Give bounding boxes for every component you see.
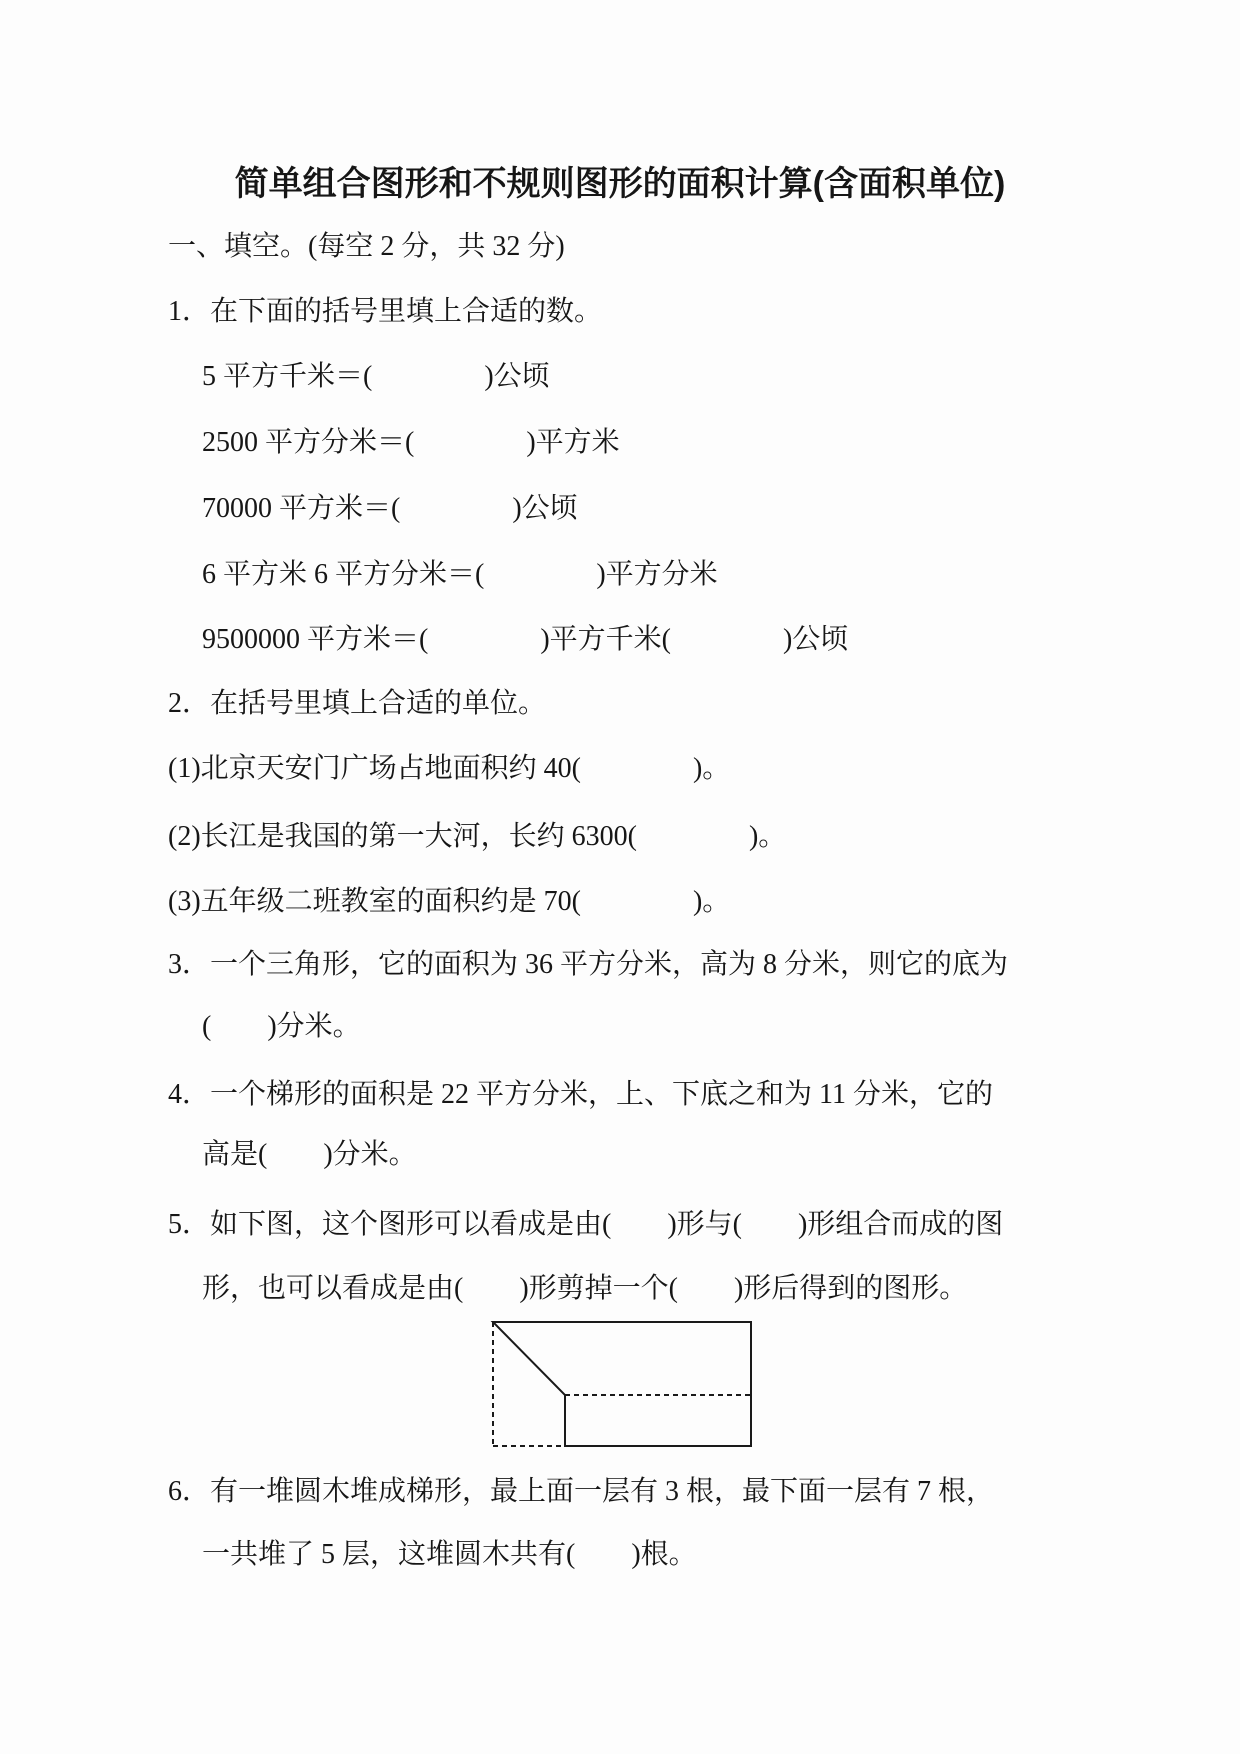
q1-conversion-line: 9500000 平方米＝( )平方千米( )公顷 [202,623,848,657]
q5-line1: 5．如下图，这个图形可以看成是由( )形与( )形组合而成的图 [168,1208,1003,1242]
q5-line2: 形，也可以看成是由( )形剪掉一个( )形后得到的图形。 [202,1272,967,1306]
q6-line1: 6．有一堆圆木堆成梯形，最上面一层有 3 根，最下面一层有 7 根， [168,1475,994,1509]
q2-item: (2)长江是我国的第一大河，长约 6300( )。 [168,820,786,854]
worksheet-page: 简单组合图形和不规则图形的面积计算(含面积单位) 一、填空。(每空 2 分，共 … [0,0,1240,1754]
q4-line1: 4．一个梯形的面积是 22 平方分米，上、下底之和为 11 分米，它的 [168,1078,993,1112]
q4-line2: 高是( )分米。 [202,1138,417,1172]
q1-stem: 1．在下面的括号里填上合适的数。 [168,295,602,329]
q2-item: (3)五年级二班教室的面积约是 70( )。 [168,885,730,919]
q3-line2: ( )分米。 [202,1010,361,1044]
q2-stem: 2．在括号里填上合适的单位。 [168,687,546,721]
q6-line2: 一共堆了 5 层，这堆圆木共有( )根。 [202,1538,697,1572]
q1-conversion-line: 2500 平方分米＝( )平方米 [202,426,620,460]
q2-item: (1)北京天安门广场占地面积约 40( )。 [168,752,730,786]
page-title: 简单组合图形和不规则图形的面积计算(含面积单位) [0,156,1240,205]
q1-conversion-line: 5 平方千米＝( )公顷 [202,360,550,394]
section-heading: 一、填空。(每空 2 分，共 32 分) [168,230,565,264]
q1-conversion-line: 6 平方米 6 平方分米＝( )平方分米 [202,558,718,592]
q1-conversion-line: 70000 平方米＝( )公顷 [202,492,578,526]
figure-solid-shape [493,1322,751,1446]
q3-line1: 3．一个三角形，它的面积为 36 平方分米，高为 8 分米，则它的底为 [168,948,1008,982]
composite-shape-figure [490,1319,754,1451]
